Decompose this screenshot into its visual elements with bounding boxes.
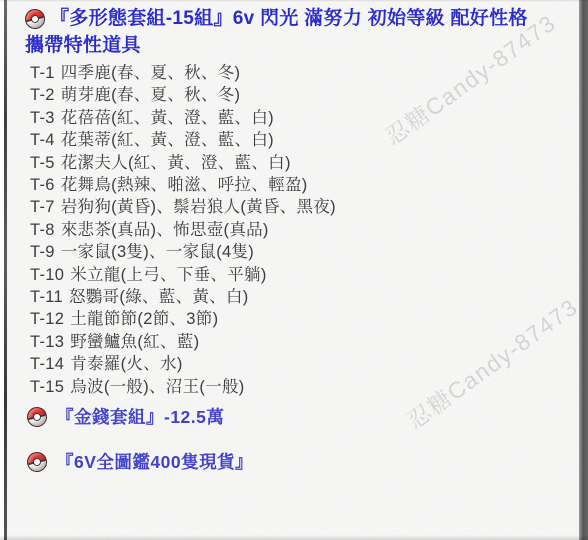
item-desc: 岩狗狗(黃昏)、鬃岩狼人(黃昏、黑夜): [61, 198, 336, 216]
item-code: T-10: [30, 266, 64, 284]
page-edge-bottom: [0, 535, 588, 540]
pokemon-form-list: T-1四季鹿(春、夏、秋、冬) T-2萌芽鹿(春、夏、秋、冬) T-3花蓓蓓(紅…: [30, 62, 336, 398]
item-desc: 野蠻鱸魚(紅、藍): [70, 333, 199, 351]
list-item: T-7岩狗狗(黃昏)、鬃岩狼人(黃昏、黑夜): [30, 196, 336, 218]
item-desc: 一家鼠(3隻)、一家鼠(4隻): [61, 243, 254, 261]
item-desc: 四季鹿(春、夏、秋、冬): [61, 64, 241, 82]
item-code: T-9: [30, 243, 55, 261]
item-desc: 萌芽鹿(春、夏、秋、冬): [61, 86, 241, 104]
pokeball-icon: [23, 7, 47, 31]
page-edge-left-dark: [4, 0, 7, 540]
item-code: T-6: [30, 176, 55, 194]
item-desc: 烏波(一般)、沼王(一般): [70, 378, 244, 396]
item-code: T-7: [30, 198, 55, 216]
pokeball-button: [30, 14, 40, 24]
list-item: T-13野蠻鱸魚(紅、藍): [30, 331, 336, 353]
listing-title-line1-wrap: 『多形態套組-15組』6v 閃光 滿努力 初始等級 配好性格: [25, 5, 570, 32]
list-item: T-1四季鹿(春、夏、秋、冬): [30, 62, 336, 84]
list-item: T-3花蓓蓓(紅、黃、澄、藍、白): [30, 107, 336, 129]
item-code: T-1: [30, 64, 55, 82]
list-item: T-4花葉蒂(紅、黃、澄、藍、白): [30, 129, 336, 151]
watermark: 忍糖Candy-87473: [400, 289, 584, 435]
item-desc: 花蓓蓓(紅、黃、澄、藍、白): [61, 109, 274, 127]
item-desc: 米立龍(上弓、下垂、平躺): [70, 266, 266, 284]
page-edge-top: [0, 0, 588, 2]
list-item: T-8來悲茶(真品)、怖思壺(真品): [30, 219, 336, 241]
item-code: T-15: [30, 378, 64, 396]
item-desc: 肯泰羅(火、水): [70, 355, 182, 373]
item-code: T-14: [30, 355, 64, 373]
list-item: T-15烏波(一般)、沼王(一般): [30, 376, 336, 398]
list-item: T-14肯泰羅(火、水): [30, 353, 336, 375]
page-edge-right: [579, 0, 588, 540]
listing-header: 『多形態套組-15組』6v 閃光 滿努力 初始等級 配好性格 攜帶特性道具: [25, 5, 570, 59]
item-code: T-12: [30, 310, 64, 328]
listing-page: 忍糖Candy-87473 忍糖Candy-87473 『多形態套組-15組』6…: [0, 0, 588, 540]
item-code: T-3: [30, 109, 55, 127]
item-desc: 土龍節節(2節、3節): [70, 310, 218, 328]
item-desc: 來悲茶(真品)、怖思壺(真品): [61, 221, 269, 239]
item-desc: 花潔夫人(紅、黃、澄、藍、白): [61, 154, 291, 172]
listing-title-line2: 攜帶特性道具: [25, 32, 570, 59]
list-item: T-6花舞鳥(熱辣、啪滋、呼拉、輕盈): [30, 174, 336, 196]
list-item: T-10米立龍(上弓、下垂、平躺): [30, 264, 336, 286]
list-item: T-5花潔夫人(紅、黃、澄、藍、白): [30, 152, 336, 174]
pokeball-button: [32, 457, 42, 467]
listing-title-line1: 『多形態套組-15組』6v 閃光 滿努力 初始等級 配好性格: [50, 5, 528, 32]
list-item: T-12土龍節節(2節、3節): [30, 308, 336, 330]
item-code: T-8: [30, 221, 55, 239]
offer-pokedex-stock: 『6V全圖鑑400隻現貨』: [27, 449, 253, 474]
offer-money-label: 『金錢套組』-12.5萬: [56, 404, 224, 429]
pokeball-icon: [25, 449, 49, 473]
item-code: T-11: [30, 288, 63, 306]
pokeball-icon: [25, 404, 49, 428]
item-desc: 怒鸚哥(綠、藍、黃、白): [69, 288, 249, 306]
item-code: T-4: [30, 131, 55, 149]
item-desc: 花舞鳥(熱辣、啪滋、呼拉、輕盈): [61, 176, 308, 194]
offer-pokedex-label: 『6V全圖鑑400隻現貨』: [56, 449, 253, 474]
item-code: T-13: [30, 333, 64, 351]
item-code: T-2: [30, 86, 55, 104]
list-item: T-11怒鸚哥(綠、藍、黃、白): [30, 286, 336, 308]
list-item: T-2萌芽鹿(春、夏、秋、冬): [30, 84, 336, 106]
list-item: T-9一家鼠(3隻)、一家鼠(4隻): [30, 241, 336, 263]
pokeball-button: [32, 412, 42, 422]
item-desc: 花葉蒂(紅、黃、澄、藍、白): [61, 131, 274, 149]
offer-money-set: 『金錢套組』-12.5萬: [27, 404, 224, 429]
item-code: T-5: [30, 154, 55, 172]
